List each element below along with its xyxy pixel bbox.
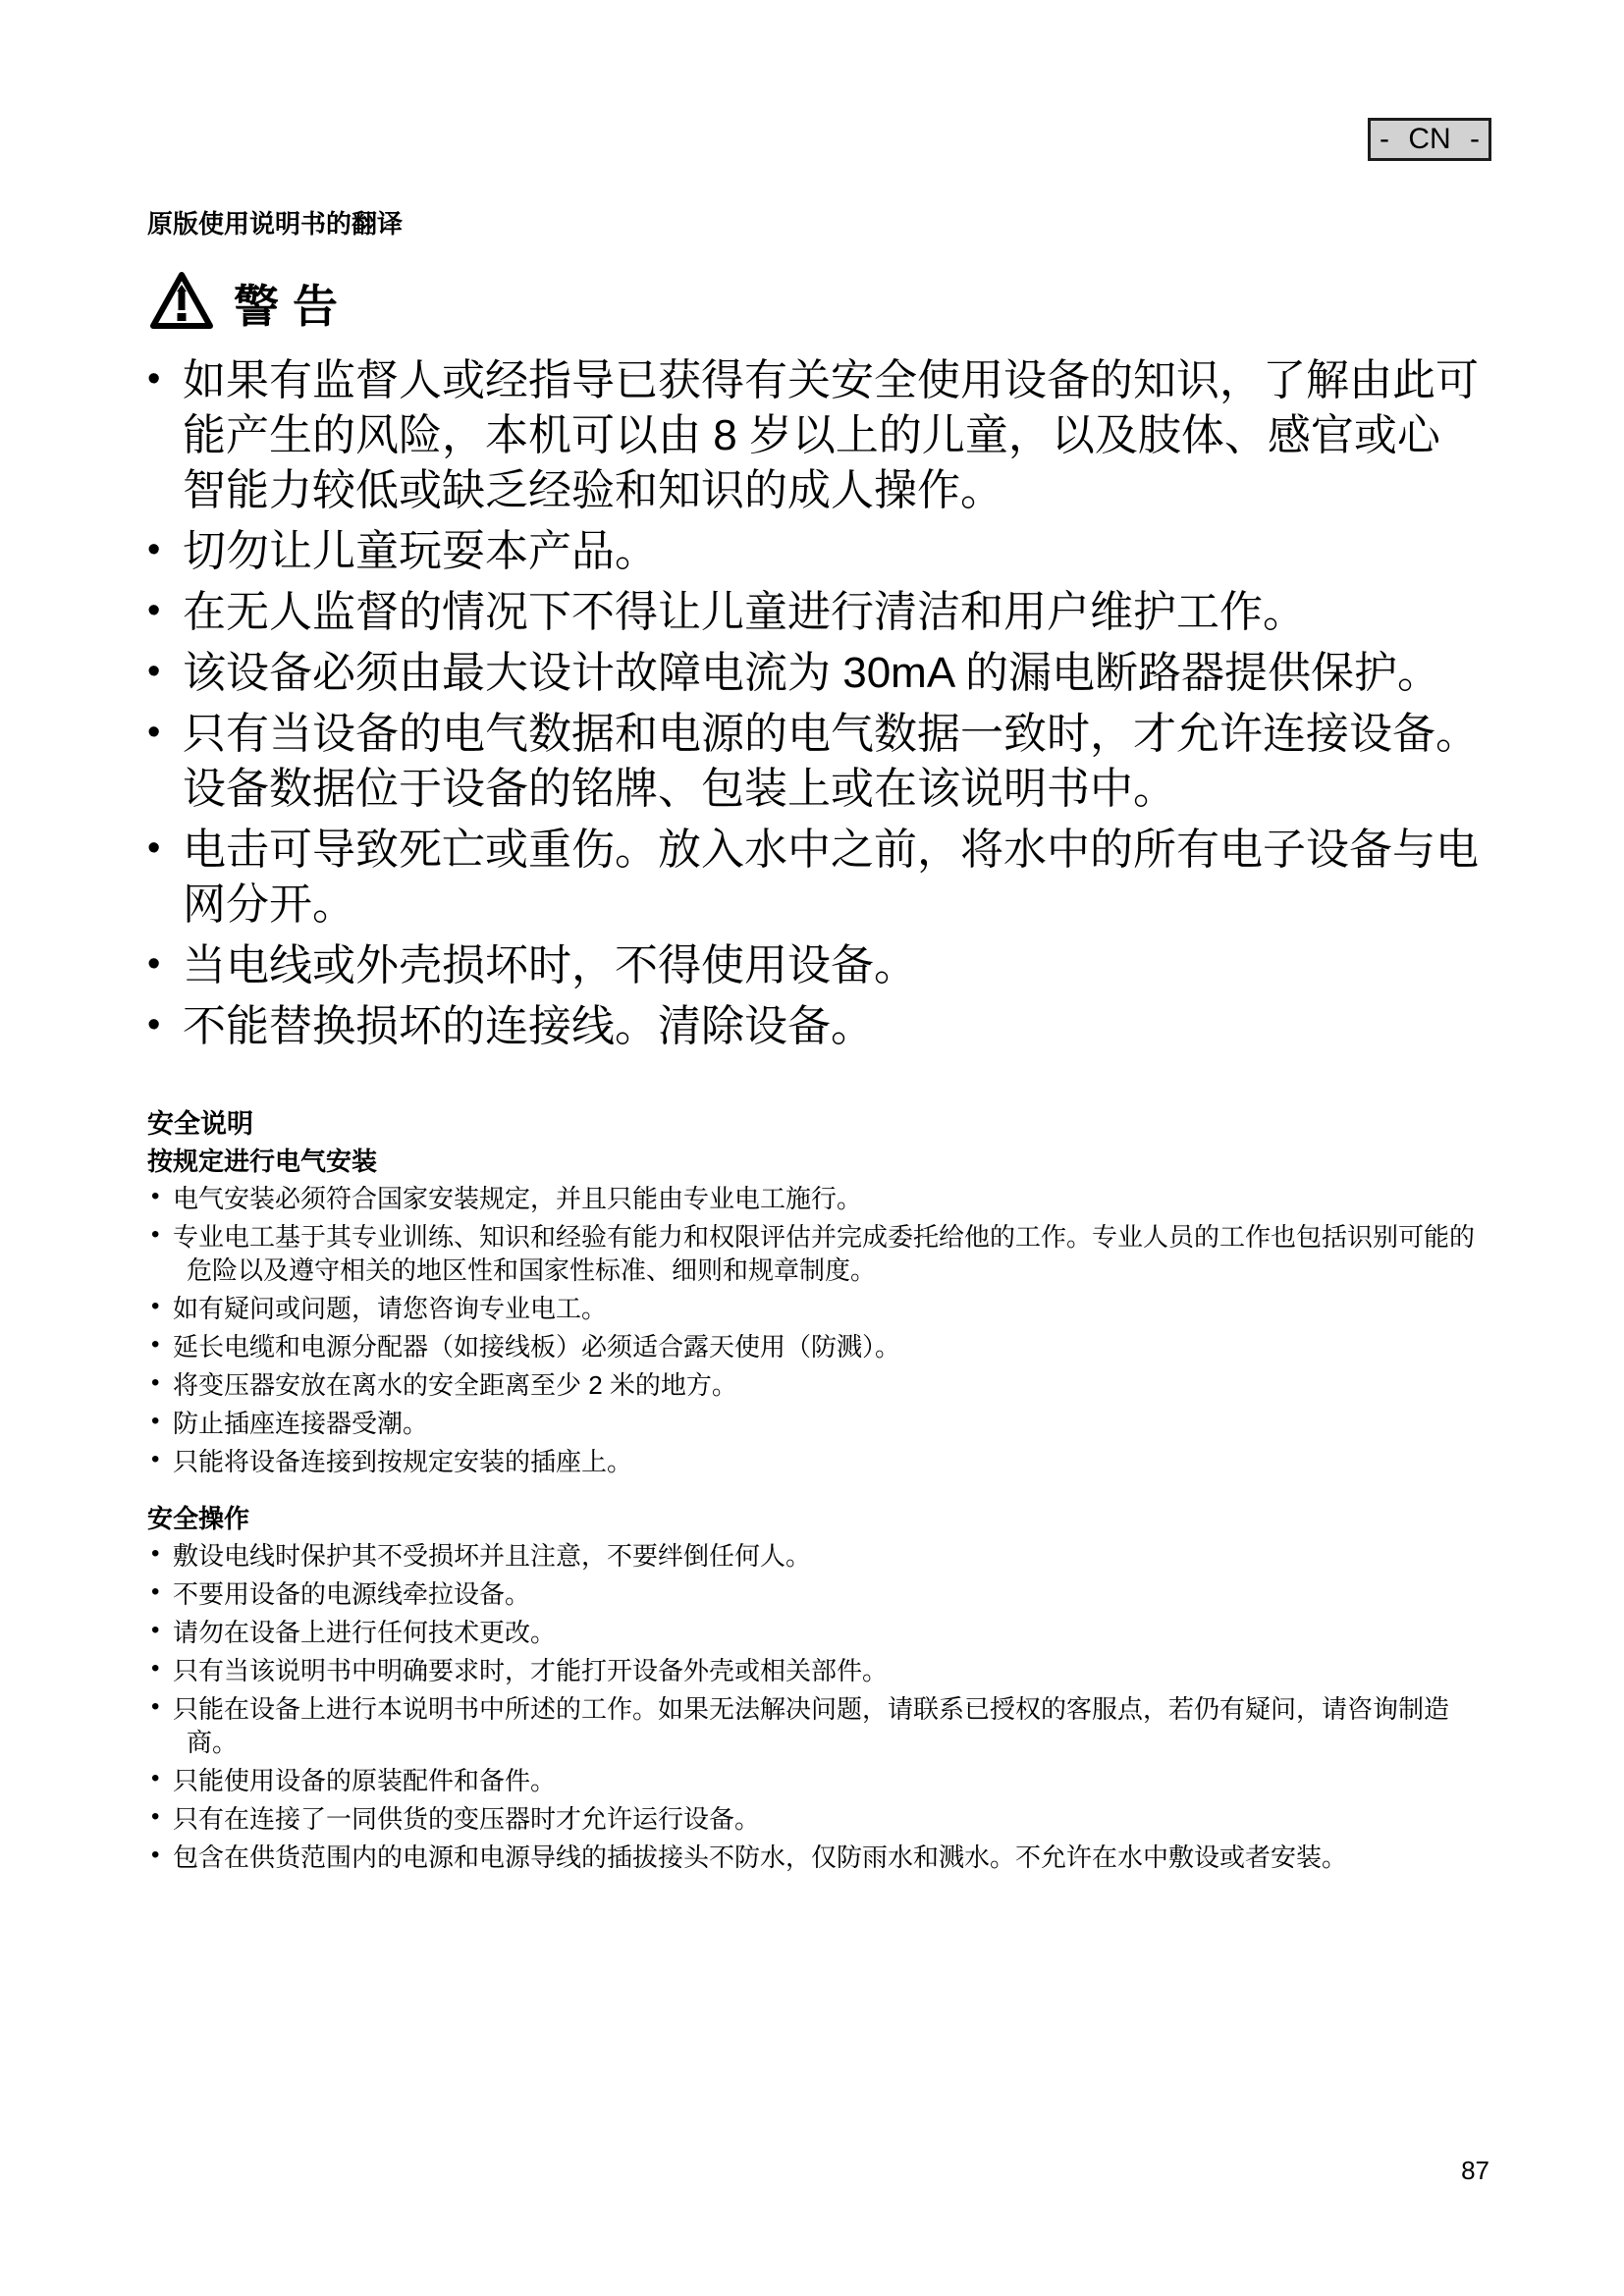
safe-operation-heading: 安全操作 xyxy=(147,1500,1496,1537)
warning-heading: 警告 xyxy=(234,278,352,329)
safety-item: 将变压器安放在离水的安全距离至少 2 米的地方。 xyxy=(147,1368,1496,1402)
safety-item: 专业电工基于其专业训练、知识和经验有能力和权限评估并完成委托给他的工作。专业人员… xyxy=(147,1220,1496,1287)
warning-item: 只有当设备的电气数据和电源的电气数据一致时，才允许连接设备。 设备数据位于设备的… xyxy=(147,707,1496,817)
electrical-installation-heading: 按规定进行电气安装 xyxy=(147,1143,1496,1180)
warning-list: 如果有监督人或经指导已获得有关安全使用设备的知识，了解由此可 能产生的风险，本机… xyxy=(147,353,1496,1054)
warning-header: 警告 xyxy=(147,269,1496,338)
warning-item: 电击可导致死亡或重伤。放入水中之前，将水中的所有电子设备与电 网分开。 xyxy=(147,823,1496,933)
warning-item: 该设备必须由最大设计故障电流为 30mA 的漏电断路器提供保护。 xyxy=(147,646,1496,701)
safety-instructions-heading: 安全说明 xyxy=(147,1105,1496,1143)
warning-item: 当电线或外壳损坏时，不得使用设备。 xyxy=(147,938,1496,993)
badge-left-dash: - xyxy=(1380,125,1389,154)
warning-triangle-icon xyxy=(147,269,216,338)
safe-operation-list: 敷设电线时保护其不受损坏并且注意，不要绊倒任何人。 不要用设备的电源线牵拉设备。… xyxy=(147,1539,1496,1874)
safety-item: 只有在连接了一同供货的变压器时才允许运行设备。 xyxy=(147,1802,1496,1836)
warning-item: 如果有监督人或经指导已获得有关安全使用设备的知识，了解由此可 能产生的风险，本机… xyxy=(147,353,1496,518)
safety-item: 只能使用设备的原装配件和备件。 xyxy=(147,1764,1496,1797)
badge-right-dash: - xyxy=(1470,125,1480,154)
safety-item: 只有当该说明书中明确要求时，才能打开设备外壳或相关部件。 xyxy=(147,1654,1496,1687)
electrical-installation-list: 电气安装必须符合国家安装规定，并且只能由专业电工施行。 专业电工基于其专业训练、… xyxy=(147,1182,1496,1478)
safety-item: 不要用设备的电源线牵拉设备。 xyxy=(147,1577,1496,1611)
safety-item: 防止插座连接器受潮。 xyxy=(147,1407,1496,1440)
warning-item: 在无人监督的情况下不得让儿童进行清洁和用户维护工作。 xyxy=(147,585,1496,640)
safety-item: 电气安装必须符合国家安装规定，并且只能由专业电工施行。 xyxy=(147,1182,1496,1215)
page-number: 87 xyxy=(1461,2156,1489,2185)
safety-item: 如有疑问或问题，请您咨询专业电工。 xyxy=(147,1292,1496,1325)
document-title: 原版使用说明书的翻译 xyxy=(147,208,1496,240)
safety-item: 只能在设备上进行本说明书中所述的工作。如果无法解决问题，请联系已授权的客服点，若… xyxy=(147,1692,1496,1759)
safety-item: 敷设电线时保护其不受损坏并且注意，不要绊倒任何人。 xyxy=(147,1539,1496,1573)
warning-item: 切勿让儿童玩耍本产品。 xyxy=(147,524,1496,579)
language-badge: - CN - xyxy=(1368,118,1491,161)
warning-item: 不能替换损坏的连接线。清除设备。 xyxy=(147,999,1496,1054)
page-content: 原版使用说明书的翻译 警告 如果有监督人或经指导已获得有关安全使用设备的知识，了… xyxy=(0,0,1624,1874)
badge-language-code: CN xyxy=(1408,125,1450,154)
safety-item: 请勿在设备上进行任何技术更改。 xyxy=(147,1616,1496,1649)
safety-item: 包含在供货范围内的电源和电源导线的插拔接头不防水，仅防雨水和溅水。不允许在水中敷… xyxy=(147,1841,1496,1874)
safety-item: 只能将设备连接到按规定安装的插座上。 xyxy=(147,1445,1496,1478)
safety-item: 延长电缆和电源分配器（如接线板）必须适合露天使用（防溅）。 xyxy=(147,1330,1496,1363)
